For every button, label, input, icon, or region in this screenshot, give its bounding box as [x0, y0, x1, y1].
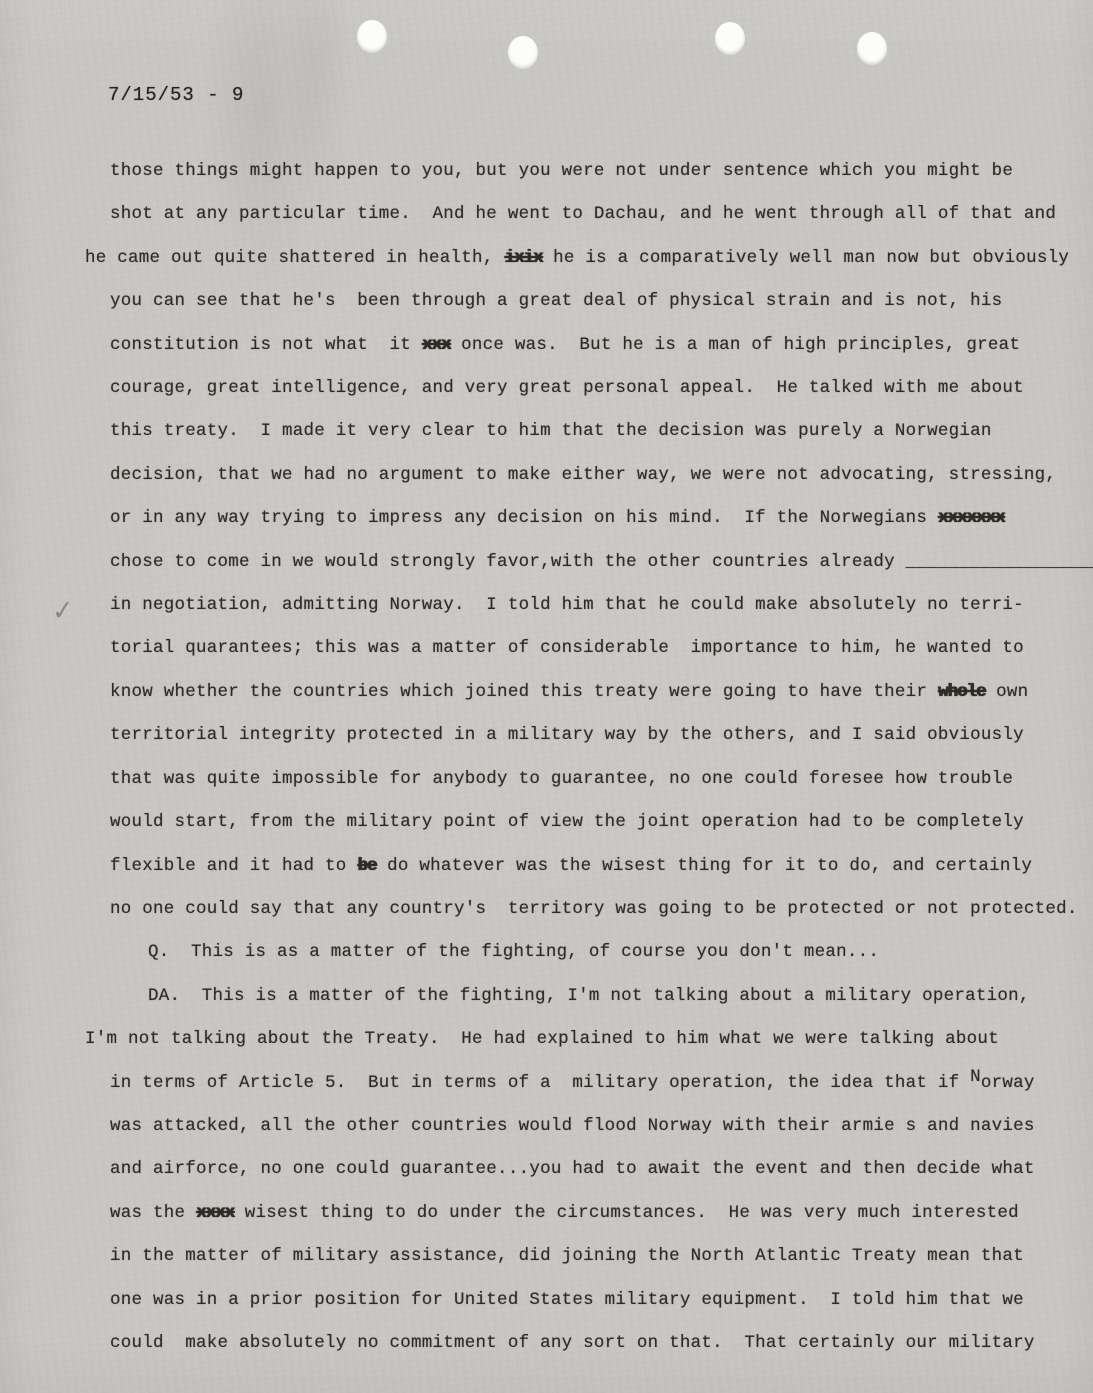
typed-line: flexible and it had to be do whatever wa…: [110, 845, 1085, 888]
typed-line: Q. This is as a matter of the fighting, …: [148, 931, 1085, 974]
typed-line: shot at any particular time. And he went…: [110, 193, 1085, 236]
text-segment: that was quite impossible for anybody to…: [110, 769, 1013, 789]
typed-line: I'm not talking about the Treaty. He had…: [85, 1018, 1085, 1061]
typed-line: was attacked, all the other countries wo…: [110, 1105, 1085, 1148]
raised-letter: N: [970, 1067, 981, 1087]
text-segment: Q. This is as a matter of the fighting, …: [148, 942, 879, 962]
overstruck-word: ixix: [504, 248, 542, 268]
text-segment: I'm not talking about the Treaty. He had…: [85, 1029, 999, 1049]
text-segment: he came out quite shattered in health,: [85, 248, 504, 268]
typed-line: he came out quite shattered in health, i…: [85, 237, 1085, 280]
text-segment: decision, that we had no argument to mak…: [110, 465, 1056, 485]
typed-line: would start, from the military point of …: [110, 801, 1085, 844]
overstruck-word: whole: [938, 682, 986, 702]
text-segment: DA. This is a matter of the fighting, I'…: [148, 986, 1030, 1006]
overstruck-word: xxxxxxx: [938, 508, 1005, 528]
text-segment: those things might happen to you, but yo…: [110, 161, 1013, 181]
text-segment: territorial integrity protected in a mil…: [110, 725, 1024, 745]
typed-line: in terms of Article 5. But in terms of a…: [110, 1062, 1085, 1105]
text-segment: could make absolutely no commitment of a…: [110, 1333, 1035, 1353]
text-segment: courage, great intelligence, and very gr…: [110, 378, 1024, 398]
punch-hole: [357, 20, 387, 53]
text-segment: was the: [110, 1203, 196, 1223]
text-segment: you can see that he's been through a gre…: [110, 291, 1002, 311]
text-segment: in negotiation, admitting Norway. I told…: [110, 595, 1024, 615]
typed-line: in the matter of military assistance, di…: [110, 1235, 1085, 1278]
typed-line: and airforce, no one could guarantee...y…: [110, 1148, 1085, 1191]
text-segment: constitution is not what it: [110, 335, 422, 355]
typed-line: or in any way trying to impress any deci…: [110, 497, 1085, 540]
text-segment: flexible and it had to: [110, 856, 357, 876]
typed-line: chose to come in we would strongly favor…: [110, 541, 1085, 584]
overstruck-word: xxx: [422, 335, 451, 355]
typed-line: this treaty. I made it very clear to him…: [110, 410, 1085, 453]
typed-line: decision, that we had no argument to mak…: [110, 454, 1085, 497]
text-segment: in terms of Article 5. But in terms of a…: [110, 1073, 970, 1093]
punch-hole: [857, 32, 887, 65]
typed-line: one was in a prior position for United S…: [110, 1279, 1085, 1322]
typed-line: know whether the countries which joined …: [110, 671, 1085, 714]
text-segment: know whether the countries which joined …: [110, 682, 938, 702]
text-segment: or in any way trying to impress any deci…: [110, 508, 938, 528]
typed-text-body: those things might happen to you, but yo…: [110, 150, 1085, 1365]
typed-line: you can see that he's been through a gre…: [110, 280, 1085, 323]
text-segment: orway: [981, 1073, 1035, 1093]
typed-line: no one could say that any country's terr…: [110, 888, 1085, 931]
text-segment: no one could say that any country's terr…: [110, 899, 1078, 919]
punch-hole: [508, 36, 538, 69]
overstruck-word: be: [357, 856, 376, 876]
text-segment: own: [985, 682, 1028, 702]
text-segment: was attacked, all the other countries wo…: [110, 1116, 1035, 1136]
typed-line: DA. This is a matter of the fighting, I'…: [148, 975, 1085, 1018]
typed-line: that was quite impossible for anybody to…: [110, 758, 1085, 801]
page-date-header: 7/15/53 - 9: [108, 84, 244, 106]
typed-line: courage, great intelligence, and very gr…: [110, 367, 1085, 410]
typed-line: territorial integrity protected in a mil…: [110, 714, 1085, 757]
pencil-check-mark: ✓: [52, 594, 75, 628]
typed-line: was the xxxx wisest thing to do under th…: [110, 1192, 1085, 1235]
text-segment: this treaty. I made it very clear to him…: [110, 421, 992, 441]
text-segment: and airforce, no one could guarantee...y…: [110, 1159, 1035, 1179]
text-segment: do whatever was the wisest thing for it …: [376, 856, 1032, 876]
text-segment: wisest thing to do under the circumstanc…: [234, 1203, 1019, 1223]
typed-line: could make absolutely no commitment of a…: [110, 1322, 1085, 1365]
text-segment: he is a comparatively well man now but o…: [542, 248, 1069, 268]
text-segment: one was in a prior position for United S…: [110, 1290, 1024, 1310]
typed-blank-underline: _______________________: [906, 552, 1093, 572]
typed-line: those things might happen to you, but yo…: [110, 150, 1085, 193]
text-segment: shot at any particular time. And he went…: [110, 204, 1056, 224]
typed-line: constitution is not what it xxx once was…: [110, 324, 1085, 367]
text-segment: would start, from the military point of …: [110, 812, 1024, 832]
text-segment: in the matter of military assistance, di…: [110, 1246, 1024, 1266]
text-segment: torial quarantees; this was a matter of …: [110, 638, 1024, 658]
overstruck-word: xxxx: [196, 1203, 234, 1223]
text-segment: chose to come in we would strongly favor…: [110, 552, 906, 572]
typed-line: torial quarantees; this was a matter of …: [110, 627, 1085, 670]
punch-hole: [715, 22, 745, 55]
typed-line: in negotiation, admitting Norway. I told…: [110, 584, 1085, 627]
text-segment: once was. But he is a man of high princi…: [450, 335, 1020, 355]
